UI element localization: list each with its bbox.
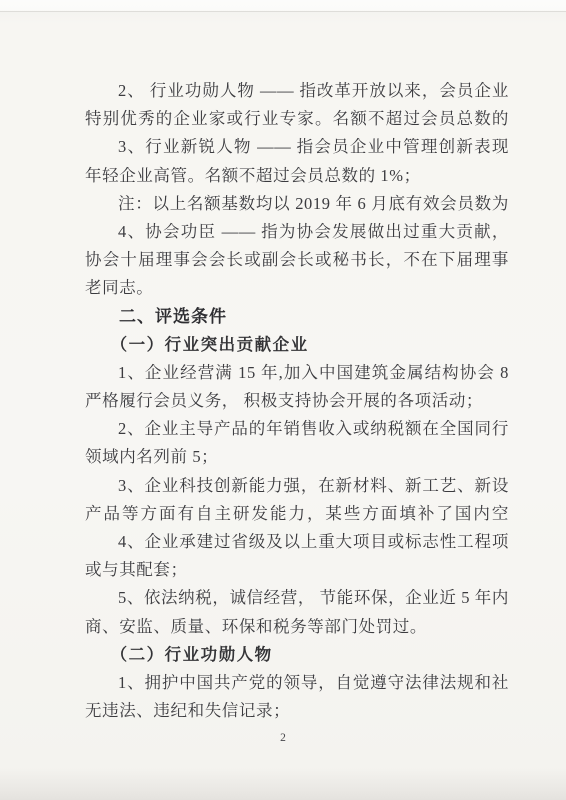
text-line: （二）行业功勋人物 — [85, 641, 509, 669]
text-line: 4、企业承建过省级及以上重大项目或标志性工程项目建设， — [85, 528, 509, 556]
text-line: 1、企业经营满 15 年,加入中国建筑金属结构协会 8 年以上， — [85, 359, 509, 387]
para-criteria-4: 4、企业承建过省级及以上重大项目或标志性工程项目建设，或与其配套； — [85, 528, 509, 584]
page-number: 2 — [0, 731, 566, 745]
para-figure-criteria-1: 1、拥护中国共产党的领导，自觉遵守法律法规和社会公德，无违法、违纪和失信记录； — [85, 669, 509, 725]
scanned-document-page: 2、 行业功勋人物 —— 指改革开放以来，会员企业中表现特别优秀的企业家或行业专… — [0, 0, 566, 800]
text-line: 商、安监、质量、环保和税务等部门处罚过。 — [85, 613, 509, 641]
para-association-hero: 4、协会功臣 —— 指为协会发展做出过重大贡献，担任过协会十届理事会会长或副会长… — [85, 218, 509, 303]
text-line: 二、评选条件 — [85, 303, 509, 331]
document-body: 2、 行业功勋人物 —— 指改革开放以来，会员企业中表现特别优秀的企业家或行业专… — [85, 77, 509, 725]
text-line: （一）行业突出贡献企业 — [85, 331, 509, 359]
text-line: 5、依法纳税，诚信经营， 节能环保，企业近 5 年内未被工 — [85, 584, 509, 612]
para-criteria-3: 3、企业科技创新能力强，在新材料、新工艺、新设备、新产品等方面有自主研发能力，某… — [85, 472, 509, 528]
text-line: 协会十届理事会会长或副会长或秘书长，不在下届理事会任职的 — [85, 246, 509, 274]
para-note: 注：以上名额基数均以 2019 年 6 月底有效会员数为准。 — [85, 190, 509, 218]
text-line: 或与其配套； — [85, 556, 509, 584]
text-line: 产品等方面有自主研发能力，某些方面填补了国内空白； — [85, 500, 509, 528]
text-line: 老同志。 — [85, 274, 509, 302]
para-criteria-2: 2、企业主导产品的年销售收入或纳税额在全国同行业细分领域内名列前 5； — [85, 415, 509, 471]
para-criteria-5: 5、依法纳税，诚信经营， 节能环保，企业近 5 年内未被工商、安监、质量、环保和… — [85, 584, 509, 640]
text-line: 年轻企业高管。名额不超过会员总数的 1%； — [85, 162, 509, 190]
subheading-industry-merit-figure: （二）行业功勋人物 — [85, 641, 509, 669]
text-line: 领域内名列前 5； — [85, 443, 509, 471]
text-line: 1、拥护中国共产党的领导，自觉遵守法律法规和社会公德， — [85, 669, 509, 697]
text-line: 3、行业新锐人物 —— 指会员企业中管理创新表现突出的 — [85, 133, 509, 161]
subheading-outstanding-contribution-enterprise: （一）行业突出贡献企业 — [85, 331, 509, 359]
text-line: 严格履行会员义务， 积极支持协会开展的各项活动； — [85, 387, 509, 415]
heading-selection-criteria: 二、评选条件 — [85, 303, 509, 331]
para-industry-rising-figure: 3、行业新锐人物 —— 指会员企业中管理创新表现突出的年轻企业高管。名额不超过会… — [85, 133, 509, 189]
text-line: 2、 行业功勋人物 —— 指改革开放以来，会员企业中表现 — [85, 77, 509, 105]
text-line: 4、协会功臣 —— 指为协会发展做出过重大贡献，担任过 — [85, 218, 509, 246]
text-line: 特别优秀的企业家或行业专家。名额不超过会员总数的 2%； — [85, 105, 509, 133]
para-criteria-1: 1、企业经营满 15 年,加入中国建筑金属结构协会 8 年以上，严格履行会员义务… — [85, 359, 509, 415]
text-line: 3、企业科技创新能力强，在新材料、新工艺、新设备、新 — [85, 472, 509, 500]
para-industry-merit-figure: 2、 行业功勋人物 —— 指改革开放以来，会员企业中表现特别优秀的企业家或行业专… — [85, 77, 509, 133]
text-line: 2、企业主导产品的年销售收入或纳税额在全国同行业细分 — [85, 415, 509, 443]
text-line: 注：以上名额基数均以 2019 年 6 月底有效会员数为准。 — [85, 190, 509, 218]
text-line: 无违法、违纪和失信记录； — [85, 697, 509, 725]
